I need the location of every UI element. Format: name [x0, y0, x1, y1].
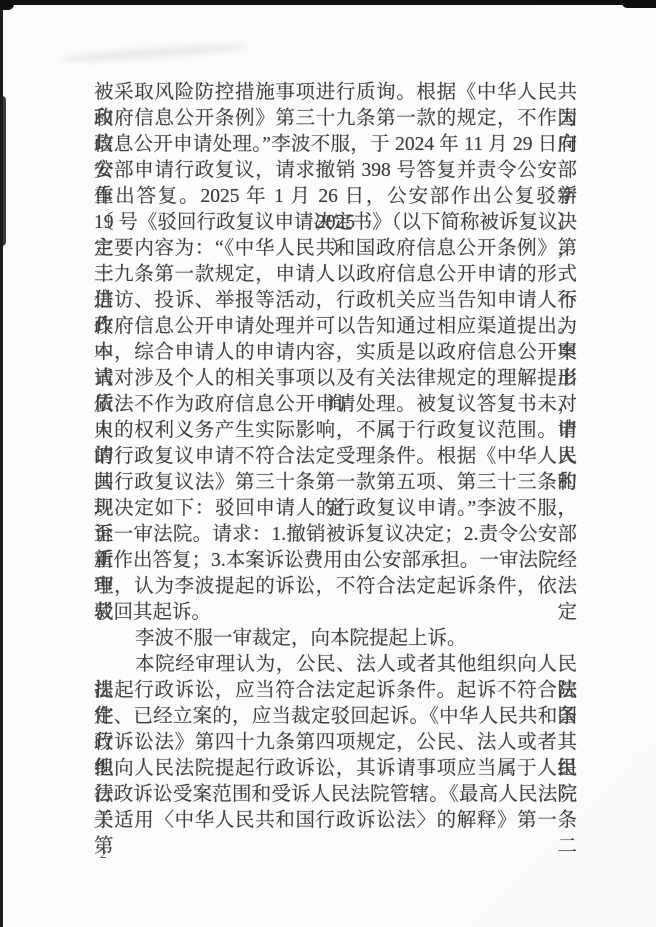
text-line: 现决定如下：驳回申请人的行政复议申请。”李波不服，诉: [94, 496, 577, 522]
text-line: 被采取风险防控措施事项进行质询。根据《中华人民共和国: [94, 80, 577, 106]
scan-corner-top-right: [622, 0, 656, 8]
text-line: 国行政复议法》第三十条第一款第五项、第三十三条的规定，: [94, 470, 577, 496]
scan-edge-top: [0, 0, 656, 5]
text-line-paragraph-start: 本院经审理认为，公民、法人或者其他组织向人民法院: [94, 652, 577, 678]
text-line-paragraph-start: 李波不服一审裁定，向本院提起上诉。: [94, 626, 577, 652]
text-line: 安部申请行政复议，请求撤销 398 号答复并责令公安部重新: [94, 158, 577, 184]
text-line: 主要内容为：“《中华人民共和国政府信息公开条例》第三: [94, 236, 577, 262]
text-line: 至一审法院。请求：1.撤销被诉复议决定；2.责令公安部重: [94, 522, 577, 548]
text-line: 信访、投诉、举报等活动，行政机关应当告知申请人不作为: [94, 288, 577, 314]
text-line: 十九条第一款规定，申请人以政府信息公开申请的形式进行: [94, 262, 577, 288]
scan-edge-left-blob: [0, 96, 6, 246]
text-line: 人的权利义务产生实际影响，不属于行政复议范围。申请人: [94, 418, 577, 444]
text-line: 新作出答复；3.本案诉讼费用由公安部承担。一审法院经审: [94, 548, 577, 574]
text-line: 理，认为李波提起的诉讼，不符合法定起诉条件，依法裁定: [94, 574, 577, 600]
scan-corner-top-left: [0, 0, 14, 10]
text-line: 19 号《驳回行政复议申请决定书》（以下简称被诉复议决定），: [94, 210, 577, 236]
scan-smudge: [60, 41, 250, 64]
text-line: 提起行政诉讼，应当符合法定起诉条件。起诉不符合法定条: [94, 678, 577, 704]
text-line: 政府信息公开申请处理并可以告知通过相应渠道提出。本案: [94, 314, 577, 340]
text-line: 件、已经立案的，应当裁定驳回起诉。《中华人民共和国行: [94, 704, 577, 730]
text-line: 中，综合申请人的申请内容，实质是以政府信息公开申请形: [94, 340, 577, 366]
text-line: 行政诉讼受案范围和受诉人民法院管辖。《最高人民法院关: [94, 782, 577, 808]
text-line: 政诉讼法》第四十九条第四项规定，公民、法人或者其他组: [94, 730, 577, 756]
text-line: 作出答复。2025 年 1 月 26 日，公安部作出公复驳字〔2025〕: [94, 184, 577, 210]
text-line: 政府信息公开条例》第三十九条第一款的规定，不作为政府: [94, 106, 577, 132]
text-line: 信息公开申请处理。”李波不服，于 2024 年 11 月 29 日向公: [94, 132, 577, 158]
text-line: 织向人民法院提起行政诉讼，其诉请事项应当属于人民法院: [94, 756, 577, 782]
text-line: 依法不作为政府信息公开申请处理。被复议答复书未对申请: [94, 392, 577, 418]
page-number: 2: [100, 846, 107, 862]
text-line: 式对涉及个人的相关事项以及有关法律规定的理解提出质询，: [94, 366, 577, 392]
document-page: 被采取风险防控措施事项进行质询。根据《中华人民共和国 政府信息公开条例》第三十九…: [0, 0, 656, 927]
text-line: 的行政复议申请不符合法定受理条件。根据《中华人民共和: [94, 444, 577, 470]
document-body: 被采取风险防控措施事项进行质询。根据《中华人民共和国 政府信息公开条例》第三十九…: [94, 80, 577, 834]
text-line: 于适用〈中华人民共和国行政诉讼法〉的解释》第一条第二: [94, 808, 577, 834]
